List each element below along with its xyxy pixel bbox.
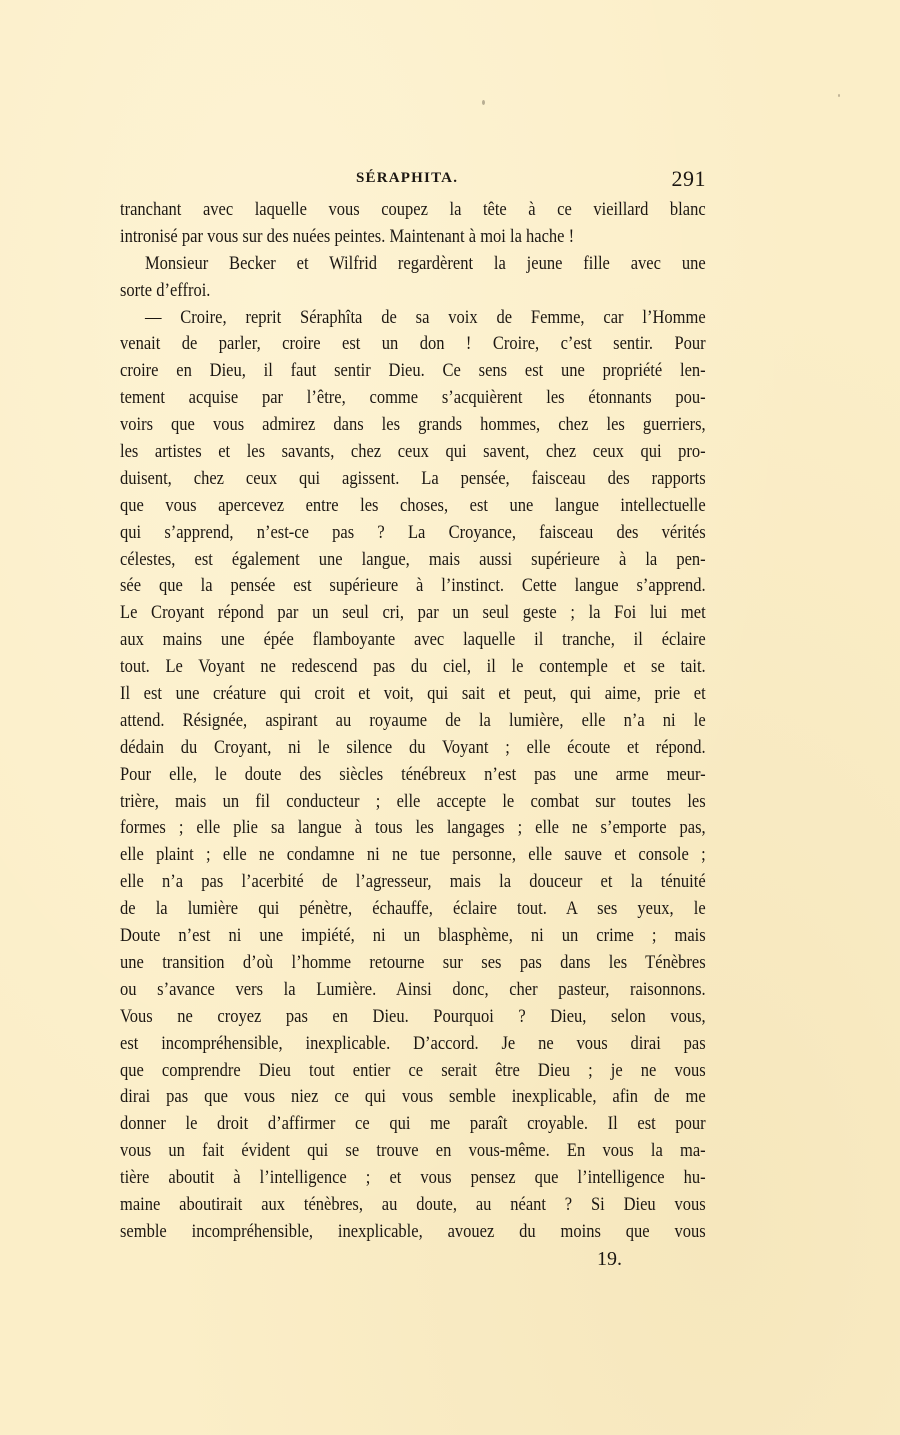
text-line: tranchant avec laquelle vous coupez la t… [120,197,706,224]
text-line: elle n’a pas l’acerbité de l’agresseur, … [120,869,706,896]
text-line: croire en Dieu, il faut sentir Dieu. Ce … [120,358,706,385]
running-title: SÉRAPHITA. [356,170,458,187]
text-line: une transition d’où l’homme retourne sur… [120,950,706,977]
text-line: dirai pas que vous niez ce qui vous semb… [120,1084,706,1111]
text-line: Vous ne croyez pas en Dieu. Pourquoi ? D… [120,1004,706,1031]
text-line: venait de parler, croire est un don ! Cr… [120,331,706,358]
text-line: attend. Résignée, aspirant au royaume de… [120,708,706,735]
text-line: trière, mais un fil conducteur ; elle ac… [120,789,706,816]
text-line: que comprendre Dieu tout entier ce serai… [120,1058,706,1085]
text-line: voirs que vous admirez dans les grands h… [120,412,706,439]
text-line: Doute n’est ni une impiété, ni un blasph… [120,923,706,950]
text-line: donner le droit d’affirmer ce qui me par… [120,1111,706,1138]
text-line: que vous apercevez entre les choses, est… [120,493,706,520]
signature-mark: 19. [597,1248,622,1271]
text-line: célestes, est également une langue, mais… [120,547,706,574]
text-line: tière aboutit à l’intelligence ; et vous… [120,1165,706,1192]
text-line: duisent, chez ceux qui agissent. La pens… [120,466,706,493]
page-number: 291 [672,166,707,192]
paper-speck [838,94,840,97]
body-text: tranchant avec laquelle vous coupez la t… [120,197,706,1246]
text-line: Le Croyant répond par un seul cri, par u… [120,600,706,627]
text-line: — Croire, reprit Séraphîta de sa voix de… [120,305,706,332]
text-line: elle plaint ; elle ne condamne ni ne tue… [120,842,706,869]
text-line: maine aboutirait aux ténèbres, au doute,… [120,1192,706,1219]
book-page: SÉRAPHITA. 291 tranchant avec laquelle v… [0,0,900,1435]
text-line: intronisé par vous sur des nuées peintes… [120,224,706,251]
text-line: est incompréhensible, inexplicable. D’ac… [120,1031,706,1058]
text-line: formes ; elle plie sa langue à tous les … [120,815,706,842]
running-head: SÉRAPHITA. 291 [120,166,706,192]
text-line: aux mains une épée flamboyante avec laqu… [120,627,706,654]
paper-speck [482,100,485,105]
text-line: de la lumière qui pénètre, échauffe, écl… [120,896,706,923]
text-line: qui s’apprend, n’est-ce pas ? La Croyanc… [120,520,706,547]
text-line: les artistes et les savants, chez ceux q… [120,439,706,466]
text-line: dédain du Croyant, ni le silence du Voya… [120,735,706,762]
text-line: Monsieur Becker et Wilfrid regardèrent l… [120,251,706,278]
text-line: vous un fait évident qui se trouve en vo… [120,1138,706,1165]
text-line: tement acquise par l’être, comme s’acqui… [120,385,706,412]
text-line: sée que la pensée est supérieure à l’ins… [120,573,706,600]
text-line: Il est une créature qui croit et voit, q… [120,681,706,708]
text-line: Pour elle, le doute des siècles ténébreu… [120,762,706,789]
text-line: tout. Le Voyant ne redescend pas du ciel… [120,654,706,681]
text-line: sorte d’effroi. [120,278,706,305]
text-line: ou s’avance vers la Lumière. Ainsi donc,… [120,977,706,1004]
text-line: semble incompréhensible, inexplicable, a… [120,1219,706,1246]
